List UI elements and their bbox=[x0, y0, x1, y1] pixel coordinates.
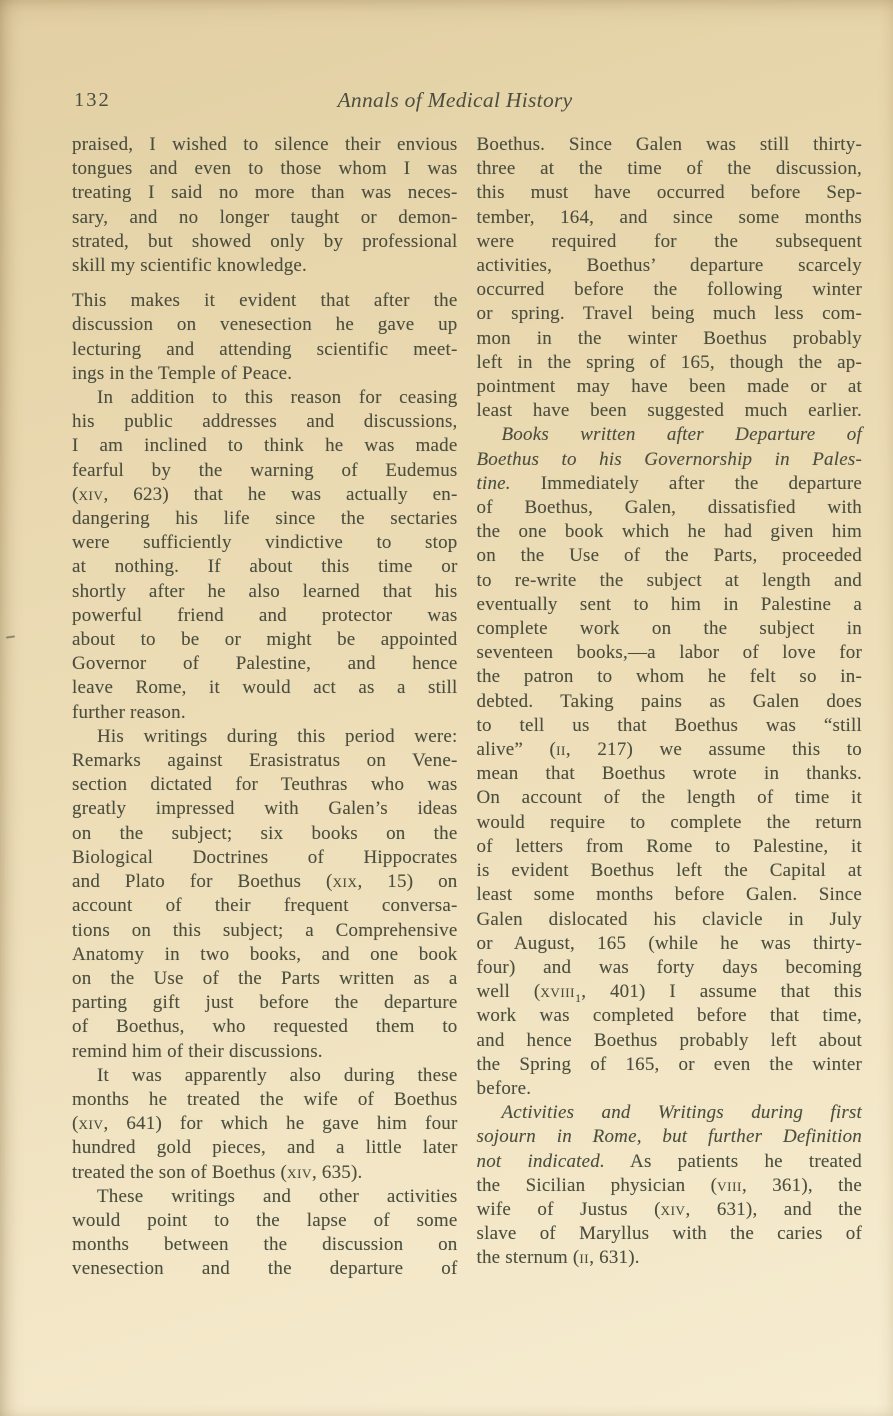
text-line: wife of Justus (xiv, 631), and the bbox=[477, 1198, 863, 1222]
text-line: strated, but showed only by professional bbox=[72, 230, 458, 254]
italic-text: sojourn in Rome, but further Definition bbox=[477, 1126, 863, 1147]
text-line: the sternum (ii, 631). bbox=[477, 1246, 863, 1270]
smallcaps-citation: viii bbox=[717, 1175, 742, 1196]
text-line: tions on this subject; a Comprehensive bbox=[72, 919, 458, 943]
italic-text: Books written after Departure of bbox=[502, 424, 863, 445]
text-line: occurred before the following winter bbox=[477, 278, 863, 302]
paragraph: This makes it evident that after thedisc… bbox=[72, 289, 458, 386]
text-line: about to be or might be appointed bbox=[72, 628, 458, 652]
text-line: four) and was forty days becoming bbox=[477, 956, 863, 980]
text-line: In addition to this reason for ceasing bbox=[72, 386, 458, 410]
text-line: on the subject; six books on the bbox=[72, 822, 458, 846]
text-columns: praised, I wished to silence their envio… bbox=[72, 133, 862, 1282]
text-line: the one book which he had given him bbox=[477, 520, 863, 544]
text-line: powerful friend and protector was bbox=[72, 604, 458, 628]
text-line: section dictated for Teuthras who was bbox=[72, 773, 458, 797]
text-line: alive” (ii, 217) we assume this to bbox=[477, 738, 863, 762]
smallcaps-citation: xiv bbox=[79, 1113, 104, 1134]
text-line: dangering his life since the sectaries bbox=[72, 507, 458, 531]
text-line: the Spring of 165, or even the winter bbox=[477, 1053, 863, 1077]
text-line: activities, Boethus’ departure scarcely bbox=[477, 254, 863, 278]
text-line: is evident Boethus left the Capital at bbox=[477, 859, 863, 883]
smallcaps-citation: xiv bbox=[79, 484, 104, 505]
text-segment: , 401) I assume that this bbox=[581, 981, 862, 1002]
text-line: treated the son of Boethus (xiv, 635). bbox=[72, 1161, 458, 1185]
text-line: or August, 165 (while he was thirty- bbox=[477, 932, 863, 956]
text-line: tongues and even to those whom I was bbox=[72, 157, 458, 181]
smallcaps-citation: xix bbox=[333, 871, 358, 892]
right-column: Boethus. Since Galen was still thirty-th… bbox=[477, 133, 863, 1282]
text-line: Biological Doctrines of Hippocrates bbox=[72, 846, 458, 870]
italic-text: Boethus to his Governorship in Pales- bbox=[477, 449, 863, 470]
text-line: and Plato for Boethus (xix, 15) on bbox=[72, 870, 458, 894]
smallcaps-citation: xiv bbox=[661, 1199, 686, 1220]
text-segment: , 641) for which he gave him four bbox=[103, 1113, 457, 1134]
text-line: were sufficiently vindictive to stop bbox=[72, 531, 458, 555]
text-line: sary, and no longer taught or demon- bbox=[72, 206, 458, 230]
text-segment: the sternum ( bbox=[477, 1247, 580, 1268]
text-line: to re-write the subject at length and bbox=[477, 569, 863, 593]
text-line: (xiv, 641) for which he gave him four bbox=[72, 1112, 458, 1136]
paragraph: These writings and other activitieswould… bbox=[72, 1185, 458, 1282]
text-line: least have been suggested much earlier. bbox=[477, 399, 863, 423]
text-line: seventeen books,—a labor of love for bbox=[477, 641, 863, 665]
italic-text: tine. bbox=[477, 473, 511, 494]
text-line: praised, I wished to silence their envio… bbox=[72, 133, 458, 157]
text-line: slave of Maryllus with the caries of bbox=[477, 1222, 863, 1246]
italic-text: not indicated. bbox=[477, 1151, 605, 1172]
text-line: of letters from Rome to Palestine, it bbox=[477, 835, 863, 859]
text-line: His writings during this period were: bbox=[72, 725, 458, 749]
text-line: of Boethus, who requested them to bbox=[72, 1015, 458, 1039]
text-line: Boethus to his Governorship in Pales- bbox=[477, 448, 863, 472]
text-line: further reason. bbox=[72, 701, 458, 725]
text-segment: Immediately after the departure bbox=[511, 473, 862, 494]
text-line: Anatomy in two books, and one book bbox=[72, 943, 458, 967]
paragraph: Boethus. Since Galen was still thirty-th… bbox=[477, 133, 863, 423]
book-page: 132 Annals of Medical History praised, I… bbox=[0, 0, 893, 1416]
smallcaps-citation: xviii bbox=[540, 981, 575, 1002]
text-segment: the Sicilian physician ( bbox=[477, 1175, 718, 1196]
text-segment: , 631). bbox=[589, 1247, 639, 1268]
text-segment: well ( bbox=[477, 981, 541, 1002]
text-line: work was completed before that time, bbox=[477, 1004, 863, 1028]
text-line: Books written after Departure of bbox=[477, 423, 863, 447]
text-line: debted. Taking pains as Galen does bbox=[477, 690, 863, 714]
text-line: skill my scientific knowledge. bbox=[72, 254, 458, 278]
text-segment: , 631), and the bbox=[686, 1199, 863, 1220]
text-line: parting gift just before the departure bbox=[72, 991, 458, 1015]
paragraph: His writings during this period were:Rem… bbox=[72, 725, 458, 1064]
text-line: mon in the winter Boethus probably bbox=[477, 327, 863, 351]
text-line: lecturing and attending scientific meet- bbox=[72, 338, 458, 362]
paragraph: praised, I wished to silence their envio… bbox=[72, 133, 458, 278]
text-segment: alive” ( bbox=[477, 739, 557, 760]
text-line: or spring. Travel being much less com- bbox=[477, 302, 863, 326]
text-line: Remarks against Erasistratus on Vene- bbox=[72, 749, 458, 773]
text-segment: , 635). bbox=[312, 1162, 362, 1183]
text-line: Governor of Palestine, and hence bbox=[72, 652, 458, 676]
paragraph: Activities and Writings during firstsojo… bbox=[477, 1101, 863, 1270]
running-head: 132 Annals of Medical History bbox=[72, 88, 862, 116]
left-column: praised, I wished to silence their envio… bbox=[72, 133, 458, 1282]
text-line: sojourn in Rome, but further Definition bbox=[477, 1125, 863, 1149]
text-line: greatly impressed with Galen’s ideas bbox=[72, 797, 458, 821]
text-line: months between the discussion on bbox=[72, 1233, 458, 1257]
scan-speck bbox=[6, 635, 15, 638]
text-line: I am inclined to think he was made bbox=[72, 434, 458, 458]
text-line: well (xviii1, 401) I assume that this bbox=[477, 980, 863, 1004]
text-line: at nothing. If about this time or bbox=[72, 555, 458, 579]
text-segment: treated the son of Boethus ( bbox=[72, 1162, 287, 1183]
text-line: Boethus. Since Galen was still thirty- bbox=[477, 133, 863, 157]
text-line: this must have occurred before Sep- bbox=[477, 181, 863, 205]
text-line: would point to the lapse of some bbox=[72, 1209, 458, 1233]
text-line: and hence Boethus probably left about bbox=[477, 1029, 863, 1053]
paragraph: Books written after Departure ofBoethus … bbox=[477, 423, 863, 1101]
text-line: would require to complete the return bbox=[477, 811, 863, 835]
text-segment: As patients he treated bbox=[605, 1151, 862, 1172]
text-line: leave Rome, it would act as a still bbox=[72, 676, 458, 700]
text-segment: , 623) that he was actually en- bbox=[103, 484, 457, 505]
text-line: before. bbox=[477, 1077, 863, 1101]
text-line: the patron to whom he felt so in- bbox=[477, 665, 863, 689]
text-segment: wife of Justus ( bbox=[477, 1199, 661, 1220]
text-line: venesection and the departure of bbox=[72, 1257, 458, 1281]
text-line: on the Use of the Parts written as a bbox=[72, 967, 458, 991]
text-line: On account of the length of time it bbox=[477, 786, 863, 810]
text-line: three at the time of the discussion, bbox=[477, 157, 863, 181]
paragraph: In addition to this reason for ceasinghi… bbox=[72, 386, 458, 725]
text-line: the Sicilian physician (viii, 361), the bbox=[477, 1174, 863, 1198]
text-line: least some months before Galen. Since bbox=[477, 883, 863, 907]
text-segment: , 217) we assume this to bbox=[566, 739, 862, 760]
text-line: (xiv, 623) that he was actually en- bbox=[72, 483, 458, 507]
text-line: These writings and other activities bbox=[72, 1185, 458, 1209]
text-line: hundred gold pieces, and a little later bbox=[72, 1136, 458, 1160]
text-line: of Boethus, Galen, dissatisfied with bbox=[477, 496, 863, 520]
text-segment: , 15) on bbox=[357, 871, 457, 892]
text-line: It was apparently also during these bbox=[72, 1064, 458, 1088]
text-line: complete work on the subject in bbox=[477, 617, 863, 641]
text-line: treating I said no more than was neces- bbox=[72, 181, 458, 205]
smallcaps-citation: xiv bbox=[287, 1162, 312, 1183]
text-line: were required for the subsequent bbox=[477, 230, 863, 254]
paragraph: It was apparently also during thesemonth… bbox=[72, 1064, 458, 1185]
smallcaps-citation: ii bbox=[579, 1247, 589, 1268]
text-line: fearful by the warning of Eudemus bbox=[72, 459, 458, 483]
text-line: pointment may have been made or at bbox=[477, 375, 863, 399]
text-line: his public addresses and discussions, bbox=[72, 410, 458, 434]
text-segment: , 361), the bbox=[742, 1175, 862, 1196]
text-line: discussion on venesection he gave up bbox=[72, 313, 458, 337]
text-segment: and Plato for Boethus ( bbox=[72, 871, 333, 892]
text-line: tine. Immediately after the departure bbox=[477, 472, 863, 496]
text-line: on the Use of the Parts, proceeded bbox=[477, 544, 863, 568]
italic-text: Activities and Writings during first bbox=[502, 1102, 863, 1123]
text-line: months he treated the wife of Boethus bbox=[72, 1088, 458, 1112]
text-line: eventually sent to him in Palestine a bbox=[477, 593, 863, 617]
text-line: not indicated. As patients he treated bbox=[477, 1150, 863, 1174]
smallcaps-citation: ii bbox=[556, 739, 566, 760]
text-line: This makes it evident that after the bbox=[72, 289, 458, 313]
text-line: remind him of their discussions. bbox=[72, 1040, 458, 1064]
text-line: Galen dislocated his clavicle in July bbox=[477, 908, 863, 932]
text-line: shortly after he also learned that his bbox=[72, 580, 458, 604]
text-line: account of their frequent conversa- bbox=[72, 894, 458, 918]
journal-title: Annals of Medical History bbox=[72, 88, 838, 113]
text-line: to tell us that Boethus was “still bbox=[477, 714, 863, 738]
text-line: mean that Boethus wrote in thanks. bbox=[477, 762, 863, 786]
text-line: Activities and Writings during first bbox=[477, 1101, 863, 1125]
text-line: left in the spring of 165, though the ap… bbox=[477, 351, 863, 375]
text-line: tember, 164, and since some months bbox=[477, 206, 863, 230]
text-line: ings in the Temple of Peace. bbox=[72, 362, 458, 386]
